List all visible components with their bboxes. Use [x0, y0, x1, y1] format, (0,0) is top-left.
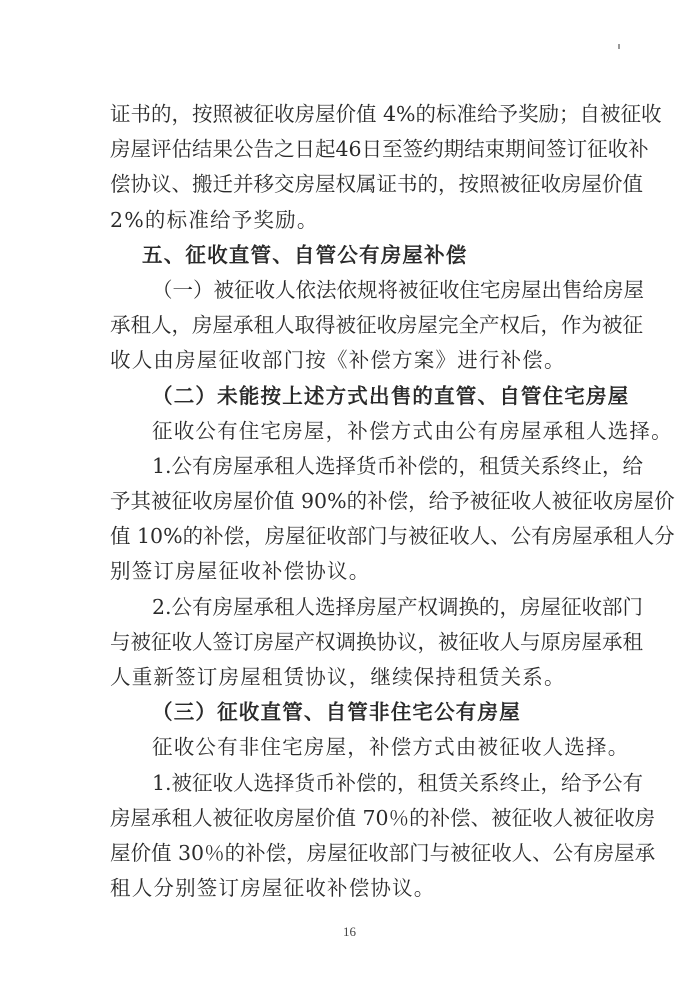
paragraph-line: 征收公有住宅房屋，补偿方式由公有房屋承租人选择。	[110, 414, 594, 449]
paragraph-line: （一）被征收人依法依规将被征收住宅房屋出售给房屋	[110, 273, 594, 308]
paragraph-line: 收人由房屋征收部门按《补偿方案》进行补偿。	[110, 343, 594, 378]
paragraph-line: 2%的标准给予奖励。	[110, 203, 594, 238]
subsection-heading-3: （三）征收直管、自管非住宅公有房屋	[110, 695, 594, 730]
document-page: 证书的，按照被征收房屋价值 4%的标准给予奖励；自被征收 房屋评估结果公告之日起…	[0, 0, 699, 989]
paragraph-line: 房屋承租人被征收房屋价值 70％的补偿、被征收人被征收房	[110, 801, 594, 836]
document-body: 证书的，按照被征收房屋价值 4%的标准给予奖励；自被征收 房屋评估结果公告之日起…	[110, 97, 594, 906]
paragraph-line: 租人分别签订房屋征收补偿协议。	[110, 871, 594, 906]
paragraph-line: 房屋评估结果公告之日起46日至签约期结束期间签订征收补	[110, 132, 594, 167]
paragraph-line: 别签订房屋征收补偿协议。	[110, 554, 594, 589]
paragraph-line: 与被征收人签订房屋产权调换协议，被征收人与原房屋承租	[110, 625, 594, 660]
paragraph-line: 1.公有房屋承租人选择货币补偿的，租赁关系终止，给	[110, 449, 594, 484]
paragraph-line: 承租人，房屋承租人取得被征收房屋完全产权后，作为被征	[110, 308, 594, 343]
scan-mark	[618, 44, 620, 49]
paragraph-line: 予其被征收房屋价值 90%的补偿，给予被征收人被征收房屋价	[110, 484, 594, 519]
paragraph-line: 征收公有非住宅房屋，补偿方式由被征收人选择。	[110, 730, 594, 765]
paragraph-line: 1.被征收人选择货币补偿的，租赁关系终止，给予公有	[110, 766, 594, 801]
paragraph-line: 屋价值 30％的补偿，房屋征收部门与被征收人、公有房屋承	[110, 836, 594, 871]
paragraph-line: 2.公有房屋承租人选择房屋产权调换的，房屋征收部门	[110, 590, 594, 625]
section-heading-5: 五、征收直管、自管公有房屋补偿	[110, 238, 594, 273]
page-number: 16	[0, 924, 699, 940]
paragraph-line: 偿协议、搬迁并移交房屋权属证书的，按照被征收房屋价值	[110, 167, 594, 202]
subsection-heading-2: （二）未能按上述方式出售的直管、自管住宅房屋	[110, 379, 594, 414]
paragraph-line: 值 10%的补偿，房屋征收部门与被征收人、公有房屋承租人分	[110, 519, 594, 554]
paragraph-line: 人重新签订房屋租赁协议，继续保持租赁关系。	[110, 660, 594, 695]
paragraph-line: 证书的，按照被征收房屋价值 4%的标准给予奖励；自被征收	[110, 97, 594, 132]
